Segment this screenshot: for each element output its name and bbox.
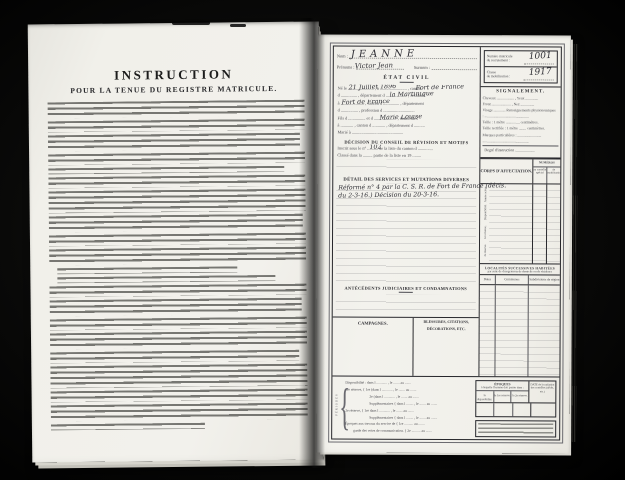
matricule-number-value-cell: 1001 [522,51,557,66]
blessures-header-line: DÉCORATIONS, ETC. [415,326,478,331]
radiation-date-header: DATE de la radiation des contrôles (décè… [529,381,555,402]
left-page: INSTRUCTION POUR LA TENUE DU REGISTRE MA… [28,21,324,462]
paragraph [50,331,307,350]
decision-line: Classé dans la ......... partie de la li… [333,152,479,160]
instruction-body-text [48,100,309,445]
paragraph [48,189,305,214]
form-lower: PÉRIODES { Disponibilité : dans l ......… [332,376,559,440]
nom-row: Nom : JEANNE [334,48,480,62]
classe-handwritten: 1917 [529,67,552,78]
blessures-cell: BLESSURES, CITATIONS, DÉCORATIONS, ETC. [414,318,479,376]
corps-table-header: CORPS D'AFFECTATION. NUMÉROS au contrôle… [480,159,560,184]
epoques-section: ÉPOQUES à laquelle l'homme doit passer d… [475,377,559,439]
footnote-box [475,420,556,437]
campagnes-cell: CAMPAGNES. [332,318,414,376]
prenoms-handwritten-value: Victor Jean [355,61,393,70]
epoques-cell [476,403,493,416]
classe-row: Classe de mobilisation : 1917 [485,67,557,82]
label-line: de mobilisation : [487,74,522,78]
numeros-col2-label: de mobilisation [547,167,560,183]
corps-title: CORPS D'AFFECTATION. [480,159,533,183]
corps-row-labels: Armée active. Disponibilité. 1re réserve… [480,184,489,263]
etat-civil-title: ÉTAT CIVIL [334,75,480,82]
mother-name-handwritten: Marie Louise [379,114,422,121]
paragraph [50,350,299,364]
matricule-form: Nom : JEANNE Prénoms : Surnom : Victor J… [331,46,562,441]
decorative-rule [399,292,413,293]
instruction-title: INSTRUCTION [28,65,319,84]
footnote-text [478,423,553,434]
scan-smudge [230,24,246,27]
epoques-column-headers: la disponibilité. la 1re réserve. la 2e … [476,391,528,403]
antecedents-ruled-lines [336,295,476,316]
corps-affectation-table: CORPS D'AFFECTATION. NUMÉROS au contrôle… [480,158,560,264]
paragraph [49,247,306,266]
dates-cell [479,286,495,377]
paragraph [48,152,305,166]
corps-row-label: 2e réserve. [483,239,487,261]
numeros-col1-label: au contrôle spécial [533,167,547,183]
blessures-header-line: BLESSURES, CITATIONS, [415,320,478,325]
campagnes-header: CAMPAGNES. [333,321,413,326]
birthplace-handwritten: Fort de France [416,85,464,93]
surnom-label: Surnom : [414,65,430,70]
localites-column-headers: Dates Communes Subdivisions de région [480,276,560,286]
numeros-header-cell: NUMÉROS au contrôle spécial de mobilisat… [533,159,560,183]
radiation-date-cell [530,403,555,416]
disponibilite-column-header: la disponibilité. [476,392,493,403]
classe-value-cell: 1917 [522,67,557,82]
blank-ruled-lines [336,159,476,174]
right-page: Nom : JEANNE Prénoms : Surnom : Victor J… [316,34,571,453]
printed-text: Inscrit sous le n° .......... de la list… [337,145,432,150]
degre-instruction-row: Degré d'instruction .................... [482,145,558,157]
paragraph [50,317,307,331]
paragraph [49,233,306,247]
paragraph [51,423,205,431]
epoques-cell [494,403,512,416]
paragraph [48,119,305,133]
instruction-subtitle: POUR LA TENUE DU REGISTRE MATRICULE. [28,83,319,95]
periodes-line: garde des voies de communication. { 2e .… [345,428,473,435]
liste-number-handwritten: 102 [369,144,381,151]
paragraph [48,100,305,119]
signalement-title: SIGNALEMENT. [483,89,559,94]
departement-handwritten: la Martinique [390,92,434,99]
scan-smudge [172,21,210,25]
printed-text: Classé dans la ......... partie de la li… [337,153,421,158]
registration-numbers-box: Numéro matricule du recrutement : 1001 C… [484,50,558,83]
prenoms-row: Prénoms : Surnom : Victor Jean [334,61,480,73]
nom-handwritten-value: JEANNE [351,48,418,60]
paragraph [48,133,300,152]
corps-table-body: Armée active. Disponibilité. 1re réserve… [480,184,560,263]
matricule-number-label: Numéro matricule du recrutement : [485,51,522,66]
matricule-number-handwritten: 1001 [529,51,552,62]
brace-glyph: { [339,378,350,435]
printed-text: Marié à ................................… [337,130,403,135]
paragraph [51,403,308,422]
corps-ruled-area [489,184,533,263]
epoques-header: ÉPOQUES à laquelle l'homme doit passer d… [476,381,555,403]
periodes-line: 2e réserve, { 1re dans l ............ , … [345,407,473,414]
subdivisions-cell [528,286,559,377]
periodes-line: 1re réserve, { 1re (dans l ............ … [345,386,473,393]
paragraph [57,275,275,283]
localites-body [479,286,559,377]
printed-text: à ............ , canton d ............ ,… [338,123,425,128]
form-right-column: Numéro matricule du recrutement : 1001 C… [479,47,560,376]
localites-title-line: par suite de changements de domicile ou … [481,270,559,274]
paragraph [48,175,305,189]
value-rule [524,79,554,80]
paragraph [49,284,306,298]
etat-civil-line: Marié à ................................… [333,129,479,137]
communes-column-header: Communes [496,276,529,285]
campagnes-table: CAMPAGNES. BLESSURES, CITATIONS, DÉCORAT… [332,317,478,377]
subdivisions-column-header: Subdivisions de région [529,276,560,285]
numeros-subheaders: au contrôle spécial de mobilisation [533,167,560,183]
reserve2-column-header: la 2e réserve. [511,392,529,403]
periodes-section: PÉRIODES { Disponibilité : dans l ......… [332,377,475,440]
value-rule [524,63,554,64]
prenoms-label: Prénoms : [337,65,355,70]
surnom-rule [432,69,477,70]
localites-header: LOCALITÉS SUCCESSIVES HABITÉES par suite… [480,264,560,276]
page-fore-edge [570,44,578,442]
numeros-col1-cell [533,184,547,263]
epoques-cell [512,403,530,416]
classe-label: Classe de mobilisation : [485,67,522,82]
paragraph [50,364,307,389]
nom-label: Nom : [337,54,348,59]
dates-column-header: Dates [480,276,496,285]
residence-handwritten: Fort de France [342,99,390,106]
paragraph [50,298,302,317]
matricule-number-row: Numéro matricule du recrutement : 1001 [485,51,557,67]
antecedents-title: ANTÉCÉDENTS JUDICIAIRES ET CONDAMNATIONS [333,286,479,292]
epoques-table: ÉPOQUES à laquelle l'homme doit passer d… [475,380,556,417]
epoques-header-left: ÉPOQUES à laquelle l'homme doit passer d… [476,381,529,402]
services-ruled-area: Réformé n° 4 par la C. S. R. de Fort de … [336,183,476,283]
communes-cell [495,286,528,377]
form-upper: Nom : JEANNE Prénoms : Surnom : Victor J… [332,47,560,377]
epoques-body [476,403,555,416]
form-main-column: Nom : JEANNE Prénoms : Surnom : Victor J… [332,47,480,377]
corps-row-label: Disponibilité. [483,201,487,223]
paragraph [48,166,284,174]
printed-text: d ................ , profession d ......… [338,108,415,113]
services-handwritten-line: du 2-3-16.) Décision du 20-3-16. [336,190,476,200]
reserve1-column-header: la 1re réserve. [493,392,511,403]
signalement-box: SIGNALEMENT. Cheveux ...................… [480,86,560,158]
signalement-line: ........................................… [482,138,558,144]
paragraph [49,214,304,233]
numeros-title: NUMÉROS [533,159,560,167]
book-scan: INSTRUCTION POUR LA TENUE DU REGISTRE MA… [0,0,625,480]
epoques-subtitle: à laquelle l'homme doit passer dans : [476,386,528,390]
paragraph [51,389,308,403]
paragraph [57,266,237,274]
numeros-col2-cell [547,184,560,263]
label-line: du recrutement : [487,58,522,62]
localites-table: LOCALITÉS SUCCESSIVES HABITÉES par suite… [479,264,559,377]
decorative-rule [400,82,414,83]
periodes-side-label: PÉRIODES [334,393,338,415]
